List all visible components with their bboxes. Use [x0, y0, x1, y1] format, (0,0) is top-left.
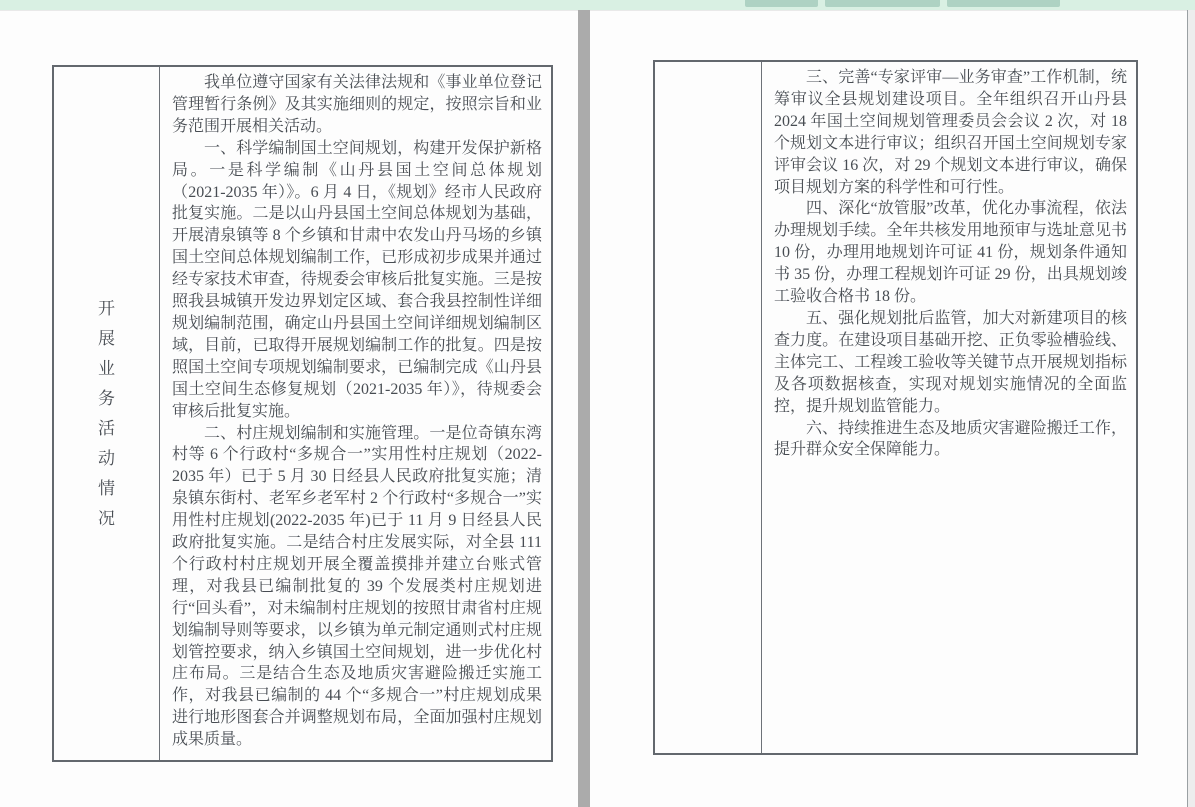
paragraph-section-5: 五、强化规划批后监管，加大对新建项目的核查力度。在建设项目基础开挖、正负零验槽验… — [774, 308, 1127, 418]
row-label: 开展业务活动情况 — [97, 294, 116, 534]
row-label-cell: 开展业务活动情况 — [54, 67, 160, 760]
page-gutter — [578, 10, 590, 807]
business-activity-table-continued: 三、完善“专家评审—业务审查”工作机制，统筹审议全县规划建设项目。全年组织召开山… — [653, 60, 1138, 755]
document-viewer: 开展业务活动情况 我单位遵守国家有关法律法规和《事业单位登记管理暂行条例》及其实… — [0, 0, 1195, 807]
content-cell-page2: 三、完善“专家评审—业务审查”工作机制，统筹审议全县规划建设项目。全年组织召开山… — [762, 62, 1136, 753]
document-page-1: 开展业务活动情况 我单位遵守国家有关法律法规和《事业单位登记管理暂行条例》及其实… — [0, 10, 578, 807]
paragraph-section-6: 六、持续推进生态及地质灾害避险搬迁工作，提升群众安全保障能力。 — [774, 418, 1127, 462]
paragraph-section-3: 三、完善“专家评审—业务审查”工作机制，统筹审议全县规划建设项目。全年组织召开山… — [774, 67, 1127, 198]
viewer-top-strip — [0, 0, 1195, 10]
paragraph-section-4: 四、深化“放管服”改革，优化办事流程，依法办理规划手续。全年共核发用地预审与选址… — [774, 198, 1127, 308]
paragraph-section-1: 一、科学编制国土空间规划，构建开发保护新格局。一是科学编制《山丹县国土空间总体规… — [172, 138, 542, 423]
row-label-cell-empty — [655, 62, 762, 753]
document-page-2: 三、完善“专家评审—业务审查”工作机制，统筹审议全县规划建设项目。全年组织召开山… — [590, 10, 1187, 807]
paragraph-section-2: 二、村庄规划编制和实施管理。一是位奇镇东湾村等 6 个行政村“多规合一”实用性村… — [172, 423, 542, 752]
paragraph-intro: 我单位遵守国家有关法律法规和《事业单位登记管理暂行条例》及其实施细则的规定，按照… — [172, 72, 542, 138]
business-activity-table: 开展业务活动情况 我单位遵守国家有关法律法规和《事业单位登记管理暂行条例》及其实… — [52, 65, 553, 762]
scrollbar-track[interactable] — [1187, 10, 1195, 807]
content-cell-page1: 我单位遵守国家有关法律法规和《事业单位登记管理暂行条例》及其实施细则的规定，按照… — [160, 67, 551, 760]
toolbar-button-1[interactable] — [745, 0, 818, 7]
toolbar-button-2[interactable] — [825, 0, 940, 7]
toolbar-button-3[interactable] — [947, 0, 1060, 7]
